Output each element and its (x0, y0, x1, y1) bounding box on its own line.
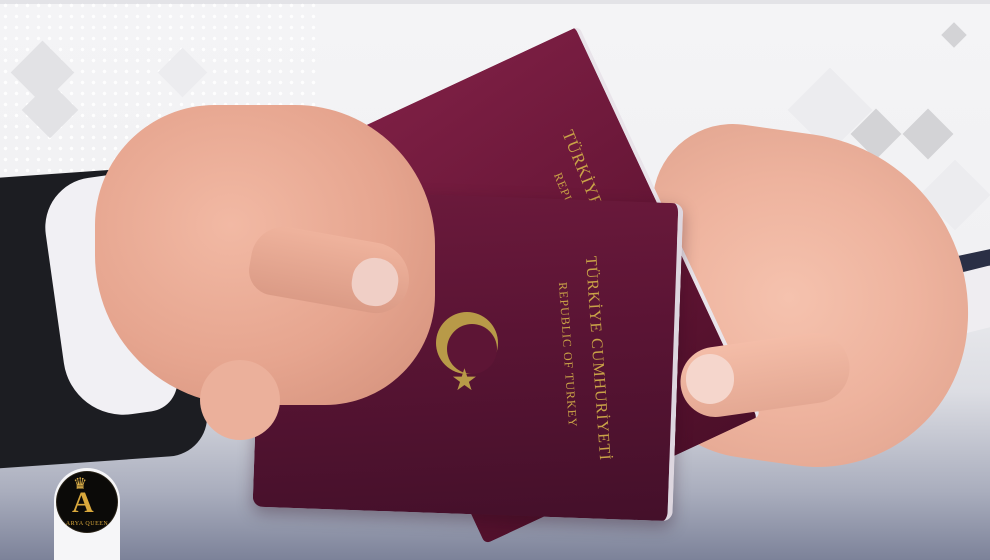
right-thumbnail (686, 354, 734, 404)
decor-diamond (941, 22, 966, 47)
star-icon: ★ (451, 366, 478, 396)
photo-scene: TÜRKİYE REPU TÜRKİYE CUMHURİYETİ REPUBLI… (0, 0, 990, 560)
logo-name: ARYA QUEEN (60, 521, 114, 527)
decor-diamond (903, 109, 954, 160)
logo-letter: A (72, 488, 94, 518)
left-fingers (200, 360, 280, 440)
